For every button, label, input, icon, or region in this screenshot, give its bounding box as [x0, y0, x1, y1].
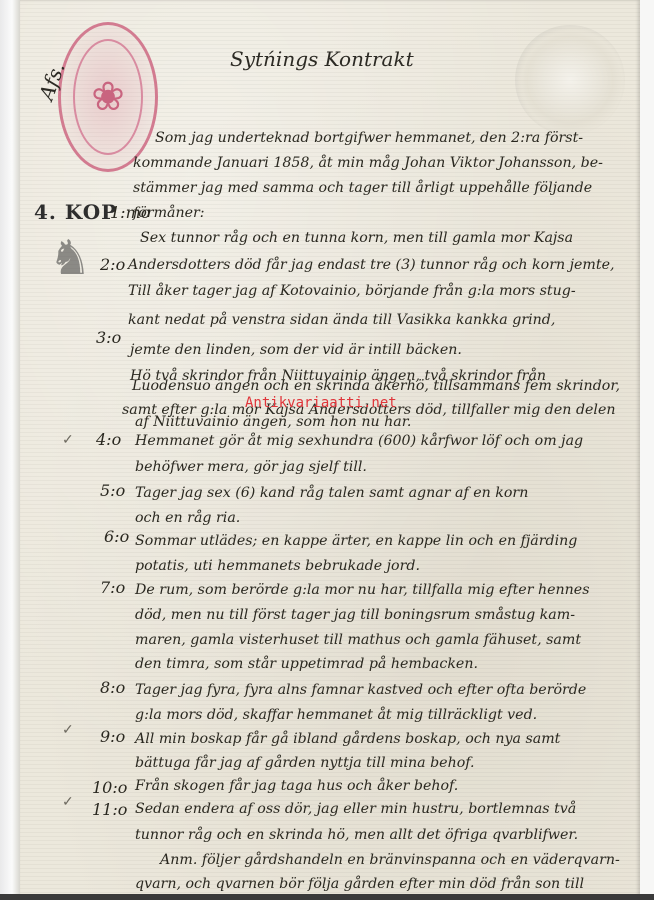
text-line: maren, gamla visterhuset till mathus och…: [135, 632, 581, 648]
embossed-seal: [515, 25, 625, 135]
text-line: Andersdotters död får jag endast tre (3)…: [128, 257, 614, 273]
item-number: 2:o: [100, 255, 125, 274]
text-line: förmåner:: [133, 205, 205, 221]
text-line: Sommar utlädes; en kappe ärter, en kappe…: [135, 533, 577, 549]
text-line: Till åker tager jag af Kotovainio, börja…: [128, 283, 576, 299]
scan-right-margin: [640, 0, 654, 900]
item-number: 10:o: [92, 778, 127, 797]
figure-stamp-icon: ♞: [40, 230, 100, 350]
text-line: af Niittuvainio ängen, som hon nu har.: [135, 414, 411, 430]
item-number: 8:o: [100, 678, 125, 697]
text-line: och en råg ria.: [135, 510, 240, 526]
scan-left-margin: [0, 0, 20, 900]
text-line: kommande Januari 1858, åt min måg Johan …: [133, 155, 603, 171]
check-mark-icon: ✓: [62, 432, 74, 448]
item-number: 3:o: [96, 328, 121, 347]
item-number: 9:o: [100, 727, 125, 746]
text-line: g:la mors död, skaffar hemmanet åt mig t…: [135, 707, 537, 723]
text-line: Anm. följer gårdshandeln en bränvinspann…: [160, 852, 620, 868]
red-seal-stamp: ❀: [58, 22, 158, 172]
check-mark-icon: ✓: [62, 722, 74, 738]
item-number: 4:o: [96, 430, 121, 449]
text-line: behöfwer mera, gör jag sjelf till.: [135, 459, 367, 475]
check-mark-icon: ✓: [62, 794, 74, 810]
document-title: Sytńings Kontrakt: [230, 47, 414, 71]
text-line: den timra, som står uppetimrad på hembac…: [135, 656, 478, 672]
text-line: Tager jag sex (6) kand råg talen samt ag…: [135, 485, 528, 501]
text-line: potatis, uti hemmanets bebrukade jord.: [135, 558, 420, 574]
text-line: Sedan endera af oss dör, jag eller min h…: [135, 801, 576, 817]
text-line: Hemmanet gör åt mig sexhundra (600) kårf…: [135, 433, 583, 449]
text-line: tunnor råg och en skrinda hö, men allt d…: [135, 827, 578, 843]
text-line: Som jag underteknad bortgifwer hemmanet,…: [155, 130, 583, 146]
text-line: qvarn, och qvarnen bör följa gården efte…: [135, 876, 584, 892]
text-line: jemte den linden, som der vid är intill …: [130, 342, 462, 358]
tax-stamp-kop: 4. KOP: [34, 200, 117, 224]
item-number: 7:o: [100, 578, 125, 597]
text-line: kant nedat på venstra sidan ända till Va…: [128, 312, 555, 328]
item-number: 5:o: [100, 481, 125, 500]
text-line: All min boskap får gå ibland gårdens bos…: [135, 731, 560, 747]
text-line: död, men nu till först tager jag till bo…: [135, 607, 575, 623]
item-number: 6:o: [104, 527, 129, 546]
text-line: stämmer jag med samma och tager till årl…: [133, 180, 592, 196]
watermark-text: Antikvariaatti.net: [245, 395, 397, 411]
scan-bottom-edge: [0, 894, 654, 900]
double-eagle-icon: ❀: [91, 77, 125, 117]
text-line: bättuga får jag af gården nyttja till mi…: [135, 755, 475, 771]
text-line: Tager jag fyra, fyra alns famnar kastved…: [135, 682, 586, 698]
text-line: Från skogen får jag taga hus och åker be…: [135, 778, 458, 794]
text-line: Luodensuo ängen och en skrinda åkerhö, t…: [132, 378, 620, 394]
text-line: Sex tunnor råg och en tunna korn, men ti…: [140, 230, 573, 246]
item-number: 11:o: [92, 800, 127, 819]
text-line: De rum, som berörde g:la mor nu har, til…: [135, 582, 589, 598]
